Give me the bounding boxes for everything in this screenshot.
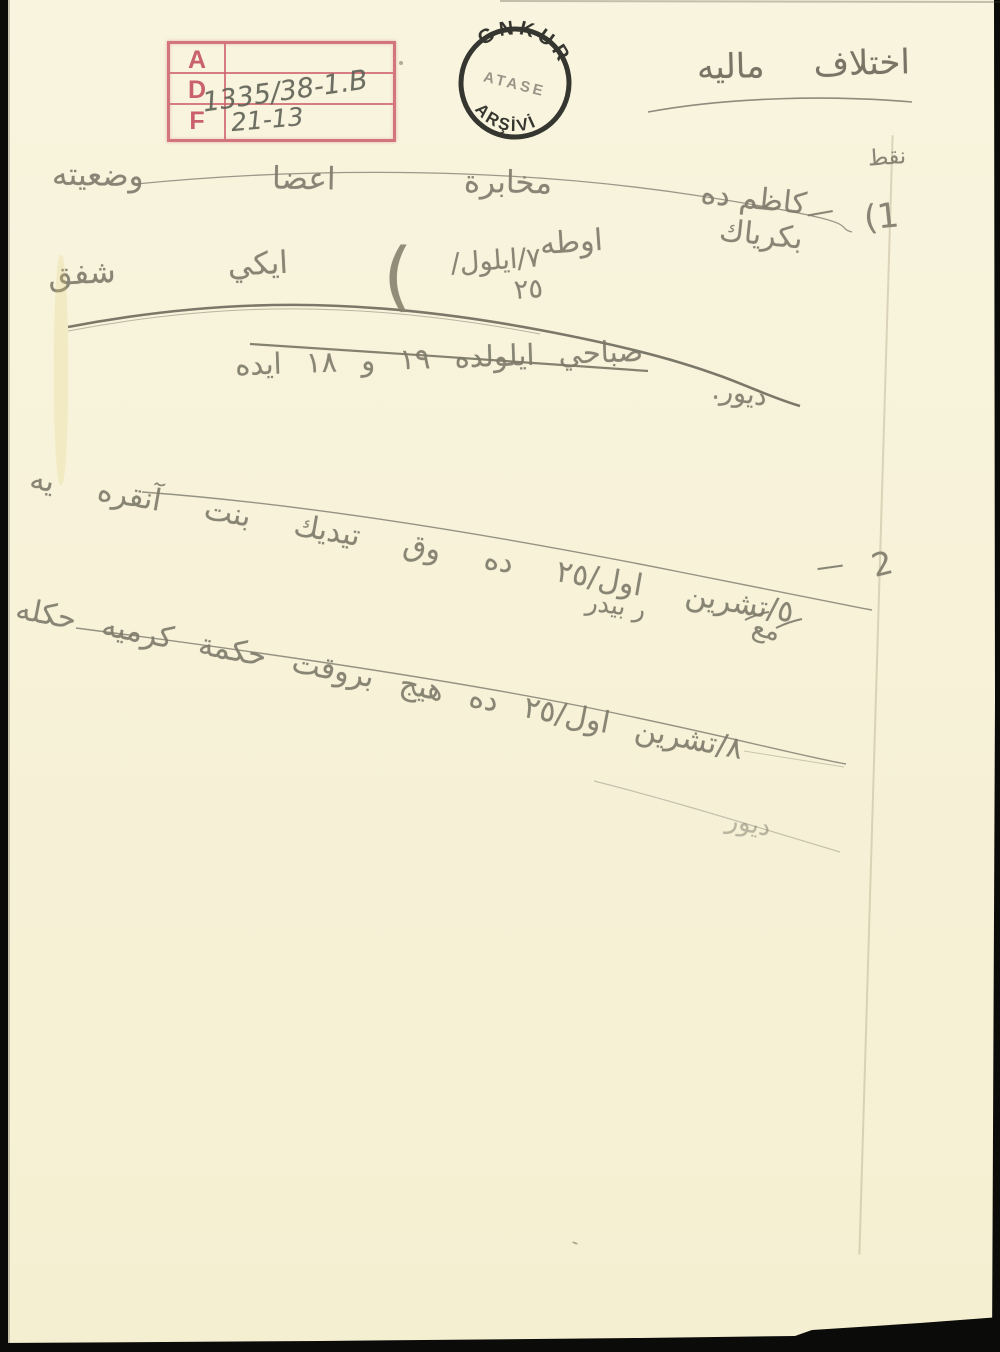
pencil-speck-1 — [399, 61, 403, 65]
margin-note: نقط — [847, 144, 907, 173]
item1-line2-word: اوطه — [539, 224, 604, 263]
scanned-document-page: A D F 1335/38-1.B 21-13 GNKUR ATASE ARŞİ… — [0, 0, 1000, 1352]
item2-dash: — — [814, 548, 846, 584]
item1-line2-paren: ( — [383, 232, 413, 319]
page-edge-left — [0, 0, 8, 1352]
stamp-letter-a: A — [170, 46, 224, 75]
item1-marker: (1 — [862, 196, 901, 239]
paper-sheet — [8, 0, 995, 1352]
item1-line2-date: ٧/ايلول/٢٥ — [428, 242, 544, 312]
item1-dash: — — [803, 194, 836, 231]
heading-handwritten: اختلاف ماليه — [697, 43, 911, 88]
paper-stain — [54, 255, 68, 485]
